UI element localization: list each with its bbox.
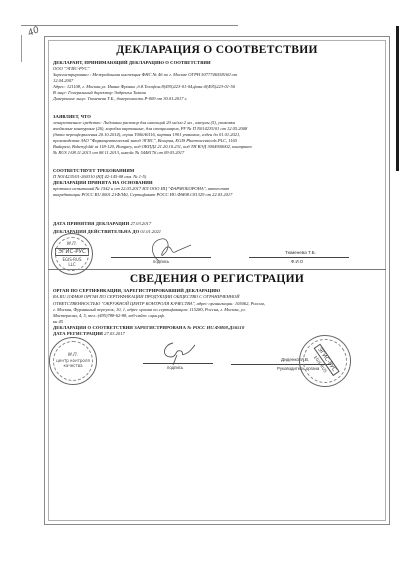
declarant-name-line <box>249 257 349 258</box>
registration-date-label: ДАТА РЕГИСТРАЦИИ <box>53 331 103 336</box>
declaration-document: ДЕКЛАРАЦИЯ О СООТВЕТСТВИИ ДЕКЛАРАНТ, ПРИ… <box>53 44 381 387</box>
acceptance-date-label: ДАТА ПРИНЯТИЯ ДЕКЛАРАЦИИ <box>53 221 129 226</box>
registration-signature-row: М.П. центр контроля качества подпись Дид… <box>53 337 381 387</box>
stamp-mp-text: М.П. <box>68 353 78 358</box>
certification-body-stamp: М.П. центр контроля качества <box>49 337 97 385</box>
stamp-org-sub: качества <box>63 363 82 368</box>
registration-signature-caption: подпись <box>167 365 183 370</box>
valid-until-value: 01.01.2021 <box>140 229 161 234</box>
stamp-company-name: ЭГИС-РУС <box>55 248 89 256</box>
declarant-stamp: М.П. ЭГИС-РУС EGIS-RUS LLC <box>51 233 93 275</box>
stamp-company-latin: EGIS-RUS <box>62 257 81 262</box>
stamp-mp-text: М.П. <box>67 242 77 247</box>
declarant-signer-name: Тюменева Т.Б. <box>285 250 316 255</box>
declarant-signature-caption: подпись <box>153 259 169 264</box>
certification-body-section: ОРГАН ПО СЕРТИФИКАЦИИ, ЗАРЕГИСТРИРОВАВШИ… <box>53 288 381 324</box>
stamp-org-name: центр контроля <box>56 358 90 363</box>
stamp-llc: LLC <box>68 262 75 267</box>
acceptance-date: ДАТА ПРИНЯТИЯ ДЕКЛАРАЦИИ 27.03.2017 <box>53 221 381 227</box>
statement-section: ЗАЯВЛЯЕТ, ЧТО лекарственное средство: Ли… <box>53 114 381 157</box>
declarant-signature-line <box>111 257 211 258</box>
basis-section: ДЕКЛАРАЦИЯ ПРИНЯТА НА ОСНОВАНИИ протокол… <box>53 180 381 198</box>
acceptance-date-value: 27.03.2017 <box>130 221 151 226</box>
scan-edge-top <box>21 25 238 26</box>
registration-number-value: № РОСС HU.ФМ08.Д56510 <box>187 325 244 330</box>
declarant-name-caption: Ф.И.О <box>291 259 303 264</box>
requirements-section: СООТВЕТСТВУЕТ ТРЕБОВАНИЯМ П N014235/01-2… <box>53 168 381 180</box>
registration-title: СВЕДЕНИЯ О РЕГИСТРАЦИИ <box>53 273 381 285</box>
stamp-company-name: ЭГИС-РУС <box>314 343 340 375</box>
registration-signature-scrawl <box>159 339 199 365</box>
scan-edge-right <box>396 26 399 171</box>
registration-signature-line <box>143 363 213 364</box>
registration-number-label: ДЕКЛАРАЦИЯ О СООТВЕТСТВИИ ЗАРЕГИСТРИРОВА… <box>53 325 186 330</box>
declarant-signature-row: М.П. ЭГИС-РУС EGIS-RUS LLC подпись Тюмен… <box>53 235 381 273</box>
scan-edge-left <box>21 35 22 62</box>
declarant-section: ДЕКЛАРАНТ, ПРИНИМАЮЩИЙ ДЕКЛАРАЦИЮ О СООТ… <box>53 60 381 103</box>
handwritten-page-number: 40 <box>26 25 41 39</box>
stamp-company-latin: EGIS-RUS <box>313 355 328 373</box>
registration-date-value: 27.03.2017 <box>104 331 125 336</box>
declaration-title: ДЕКЛАРАЦИЯ О СООТВЕТСТВИИ <box>53 44 381 56</box>
